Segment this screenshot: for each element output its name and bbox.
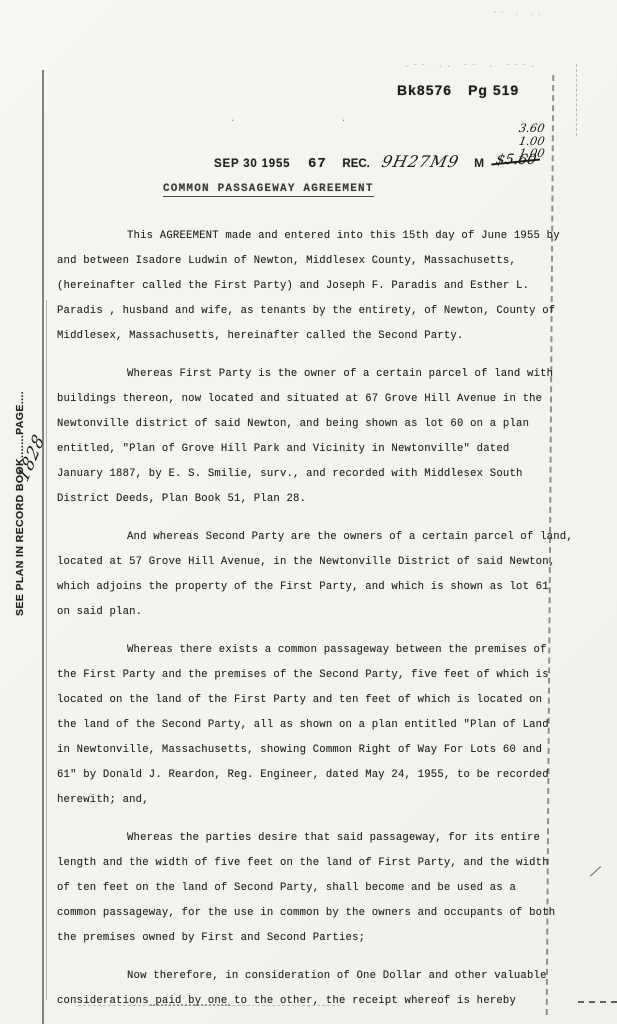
- paragraph: And whereas Second Party are the owners …: [57, 525, 549, 625]
- paragraph: Whereas the parties desire that said pas…: [57, 826, 549, 951]
- document-line: Newtonville district of said Newton, and…: [57, 412, 549, 437]
- document-line: the land of the Second Party, all as sho…: [57, 713, 549, 738]
- document-line: (hereinafter called the First Party) and…: [57, 274, 549, 299]
- stamp-date: SEP 30 1955: [214, 158, 290, 170]
- document-line: herewith; and,: [57, 788, 549, 813]
- handwritten-fee-total: $5.60: [496, 152, 536, 168]
- document-line: and between Isadore Ludwin of Newton, Mi…: [57, 249, 549, 274]
- handwritten-time: 9H27M9: [379, 152, 460, 171]
- document-line: in Newtonville, Massachusetts, showing C…: [57, 738, 549, 763]
- left-binding-rule: [42, 70, 44, 1024]
- stamp-document-number: 67: [308, 156, 327, 172]
- document-body: This AGREEMENT made and entered into thi…: [57, 224, 549, 1024]
- document-line: on said plan.: [57, 600, 549, 625]
- margin-record-book-stamp: SEE PLAN IN RECORD BOOK.......PAGE....: [14, 386, 26, 616]
- document-line: Paradis , husband and wife, as tenants b…: [57, 299, 549, 324]
- document-line: which adjoins the property of the First …: [57, 575, 549, 600]
- book-label: Bk: [397, 82, 417, 98]
- document-line: the premises owned by First and Second P…: [57, 926, 549, 951]
- stamp-meridiem: M: [474, 156, 484, 170]
- scan-artifact-bottom-right-dashes: [578, 1001, 617, 1003]
- scan-artifact-smudge: .-- .. -- . ---.: [404, 60, 538, 70]
- paragraph: Whereas there exists a common passageway…: [57, 638, 549, 813]
- document-line: located on the land of the First Party a…: [57, 688, 549, 713]
- document-line: of ten feet on the land of Second Party,…: [57, 876, 549, 901]
- paragraph: Now therefore, in consideration of One D…: [57, 964, 549, 1014]
- paragraph: Whereas First Party is the owner of a ce…: [57, 362, 549, 512]
- document-line: the First Party and the premises of the …: [57, 663, 549, 688]
- document-line: 61" by Donald J. Reardon, Reg. Engineer,…: [57, 763, 549, 788]
- stamp-rec-label: REC.: [342, 158, 369, 170]
- scanned-document-page: SEE PLAN IN RECORD BOOK.......PAGE.... 1…: [0, 0, 617, 1024]
- document-line: buildings thereon, now located and situa…: [57, 387, 549, 412]
- recording-date-stamp: SEP 30 1955 67 REC. 9H27M9 M: [214, 152, 484, 172]
- document-line: Now therefore, in consideration of One D…: [57, 964, 549, 989]
- document-line: entitled, "Plan of Grove Hill Park and V…: [57, 437, 549, 462]
- document-line: common passageway, for the use in common…: [57, 901, 549, 926]
- document-title: COMMON PASSAGEWAY AGREEMENT: [163, 183, 374, 197]
- right-fold-dashed-line-short: [576, 64, 577, 136]
- left-binding-rule-secondary: [46, 300, 47, 1000]
- book-number: 8576: [417, 82, 452, 98]
- scan-artifact-dots: . .: [230, 114, 396, 124]
- document-line: considerations paid by one to the other,…: [57, 989, 549, 1014]
- scan-artifact-bottom-line-dark: [150, 1004, 230, 1006]
- handwritten-fee-amount: 3.60: [518, 122, 546, 135]
- document-line: Middlesex, Massachusetts, hereinafter ca…: [57, 324, 549, 349]
- page-number: 519: [493, 82, 519, 98]
- scan-artifact-slash: /: [587, 864, 603, 883]
- document-line: Whereas there exists a common passageway…: [57, 638, 549, 663]
- fee-total-amount: 5.60: [504, 152, 538, 168]
- document-line: located at 57 Grove Hill Avenue, in the …: [57, 550, 549, 575]
- document-line: Whereas First Party is the owner of a ce…: [57, 362, 549, 387]
- document-line: And whereas Second Party are the owners …: [57, 525, 549, 550]
- document-line: length and the width of five feet on the…: [57, 851, 549, 876]
- page-label: Pg: [468, 82, 488, 98]
- document-line: Whereas the parties desire that said pas…: [57, 826, 549, 851]
- document-line: January 1887, by E. S. Smilie, surv., an…: [57, 462, 549, 487]
- document-line: This AGREEMENT made and entered into thi…: [57, 224, 549, 249]
- paragraph: This AGREEMENT made and entered into thi…: [57, 224, 549, 349]
- book-page-reference: Bk8576Pg 519: [397, 82, 519, 98]
- scan-artifact-smudge: -- . ..: [492, 8, 544, 18]
- document-line: District Deeds, Plan Book 51, Plan 28.: [57, 487, 549, 512]
